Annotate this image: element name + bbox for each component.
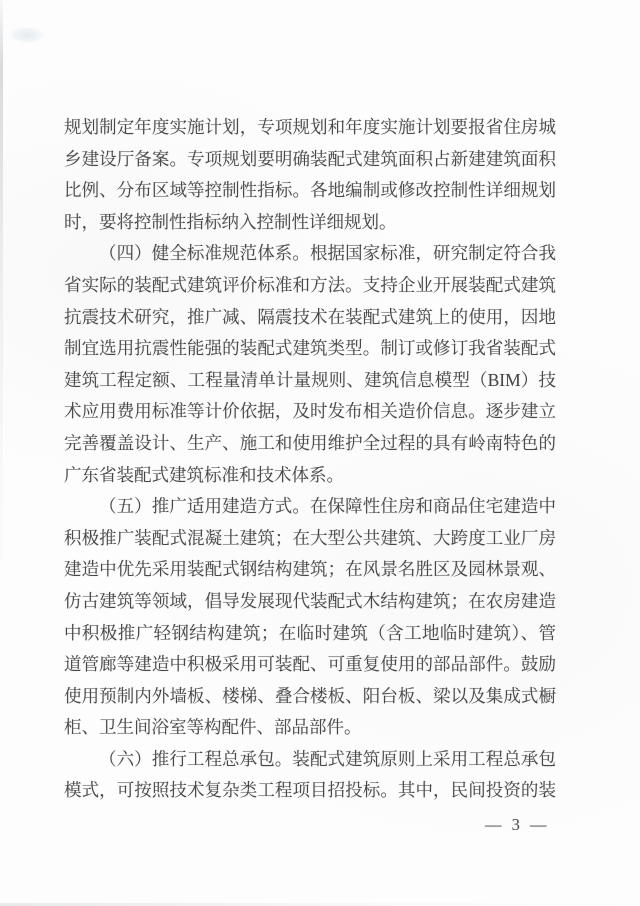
text-line: 模式，可按照技术复杂类工程项目招投标。其中，民间投资的装 [64,775,556,807]
text-line: 广东省装配式建筑标准和技术体系。 [64,460,556,492]
text-line: 抗震技术研究，推广减、隔震技术在装配式建筑上的使用，因地 [64,302,556,334]
text-line-section-5: （五）推广适用建造方式。在保障性住房和商品住宅建造中 [64,491,556,523]
text-line: 比例、分布区域等控制性指标。各地编制或修改控制性详细规划 [64,175,556,207]
text-line: 使用预制内外墙板、楼梯、叠合楼板、阳台板、梁以及集成式橱 [64,681,556,713]
scan-edge-left [0,0,3,560]
text-line: 道管廊等建造中积极采用可装配、可重复使用的部品部件。鼓励 [64,649,556,681]
text-line-section-6: （六）推行工程总承包。装配式建筑原则上采用工程总承包 [64,744,556,776]
text-line: 仿古建筑等领域，倡导发展现代装配式木结构建筑；在农房建造 [64,586,556,618]
scan-smudge [10,27,44,43]
text-line: 中积极推广轻钢结构建筑；在临时建筑（含工地临时建筑）、管 [64,618,556,650]
text-line: 建筑工程定额、工程量清单计量规则、建筑信息模型（BIM）技 [64,365,556,397]
text-line-section-4: （四）健全标准规范体系。根据国家标准，研究制定符合我 [64,238,556,270]
text-line: 积极推广装配式混凝土建筑；在大型公共建筑、大跨度工业厂房 [64,523,556,555]
text-line: 建造中优先采用装配式钢结构建筑；在风景名胜区及园林景观、 [64,554,556,586]
text-line: 完善覆盖设计、生产、施工和使用维护全过程的具有岭南特色的 [64,428,556,460]
text-line: 省实际的装配式建筑评价标准和方法。支持企业开展装配式建筑 [64,270,556,302]
text-line: 柜、卫生间浴室等构配件、部品部件。 [64,712,556,744]
text-line: 时，要将控制性指标纳入控制性详细规划。 [64,207,556,239]
text-line: 乡建设厅备案。专项规划要明确装配式建筑面积占新建建筑面积 [64,144,556,176]
text-line: 规划制定年度实施计划，专项规划和年度实施计划要报省住房城 [64,112,556,144]
page-number: — 3 — [485,815,550,835]
text-line: 术应用费用标准等计价依据，及时发布相关造价信息。逐步建立 [64,396,556,428]
document-page: 规划制定年度实施计划，专项规划和年度实施计划要报省住房城 乡建设厅备案。专项规划… [0,0,640,906]
document-body: 规划制定年度实施计划，专项规划和年度实施计划要报省住房城 乡建设厅备案。专项规划… [64,112,556,807]
text-line: 制宜选用抗震性能强的装配式建筑类型。制订或修订我省装配式 [64,333,556,365]
